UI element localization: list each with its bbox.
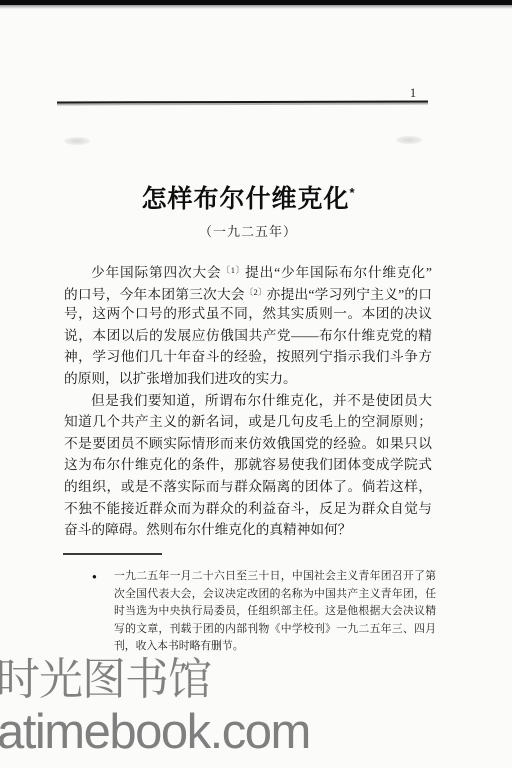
body-text-line: 不是要团员不顾实际情形而来仿效俄国党的经验。如果只以 (64, 433, 432, 455)
body-text-line: 的组织，或是不落实际而与群众隔离的团体了。倘若这样， (64, 476, 432, 498)
footnote-marker: ● (92, 568, 114, 586)
body-text-line: 的原则，以扩张增加我们进攻的实力。 (64, 368, 432, 390)
body-text-line: 号，这两个口号的形式虽不同，然其实质则一。本团的决议就 (64, 303, 432, 325)
title-footnote-asterisk: * (349, 185, 354, 200)
footnote-separator-rule (63, 553, 162, 555)
body-text-line: 但是我们要知道，所谓布尔什维克化，并不是使团员大家 (64, 390, 432, 412)
body-text-line: 这为布尔什维克化的条件，那就容易使我们团体变成学院式 (64, 454, 432, 476)
watermark-site-url: atimebook.com (0, 706, 310, 758)
footnote-text-line: 时当选为中央执行局委员，任组织部主任。这是他根据大会决议精神 (114, 603, 436, 621)
body-text-line: 知道几个共产主义的新名词，或是几句皮毛上的空洞原则；也 (64, 411, 432, 433)
body-text-line: 的口号，今年本团第三次大会〔2〕亦提出“学习列宁主义”的口 (64, 282, 432, 304)
footnote-text-line: 刊，收入本书时略有删节。 (114, 638, 436, 656)
article-body: 少年国际第四次大会〔1〕提出“少年国际布尔什维克化”的口号，今年本团第三次大会〔… (64, 260, 432, 541)
body-text-line: 少年国际第四次大会〔1〕提出“少年国际布尔什维克化” (64, 260, 432, 282)
footnote-text-line: 次全国代表大会，会议决定改团的名称为中国共产主义青年团，任弼 (114, 586, 436, 604)
watermark-library-name: 时光图书馆 (0, 657, 211, 703)
scan-smudge (396, 136, 422, 144)
scan-smudge (64, 137, 90, 145)
article-year-subtitle: （一九二五年） (64, 221, 432, 240)
page-number: 1 (404, 86, 422, 101)
article-title-text: 怎样布尔什维克化 (141, 185, 349, 213)
footnote-text-line: 写的文章，刊载于团的内部刊物《中学校刊》一九二五年三、四月份合 (114, 621, 436, 639)
scan-edge-strip (0, 0, 512, 5)
header-rule (57, 101, 428, 104)
article-title: 怎样布尔什维克化* (64, 179, 432, 213)
body-text-line: 神，学习他们几十年奋斗的经验，按照列宁指示我们斗争方法 (64, 346, 432, 368)
footnote-text-line: 一九二五年一月二十六日至三十日，中国社会主义青年团召开了第三 (114, 568, 436, 586)
body-text-line: 奋斗的障碍。然则布尔什维克化的真精神如何？ (64, 519, 432, 541)
footnote: ● 一九二五年一月二十六日至三十日，中国社会主义青年团召开了第三次全国代表大会，… (92, 568, 436, 656)
footnote-text: 一九二五年一月二十六日至三十日，中国社会主义青年团召开了第三次全国代表大会，会议… (114, 568, 436, 656)
scanned-book-page: 1 怎样布尔什维克化* （一九二五年） 少年国际第四次大会〔1〕提出“少年国际布… (0, 0, 512, 768)
body-text-line: 不独不能接近群众而为群众的利益奋斗，反足为群众自觉与 (64, 498, 432, 520)
body-text-line: 说，本团以后的发展应仿俄国共产党——布尔什维克党的精 (64, 325, 432, 347)
